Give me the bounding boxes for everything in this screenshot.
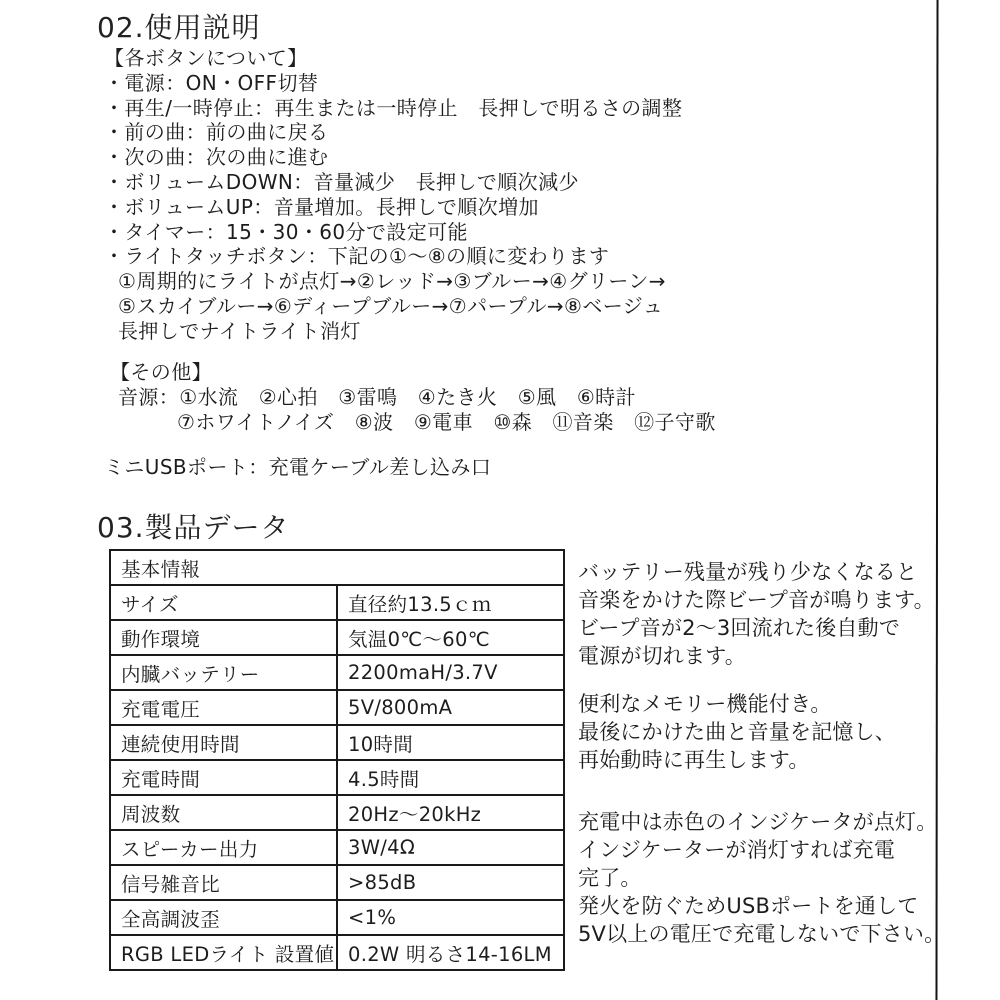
other-group-title: 【その他】	[104, 360, 716, 385]
spec-table: 基本情報 サイズ 直径約13.5ｃｍ 動作環境 気温0℃～60℃ 内臓バッテリー…	[109, 549, 565, 971]
note-memory-function: 便利なメモリー機能付き。 最後にかけた曲と音量を記憶し、 再始動時に再生します。	[578, 690, 953, 774]
spec-row-battery: 内臓バッテリー 2200maH/3.7V	[110, 655, 564, 690]
spec-label: 動作環境	[110, 620, 337, 655]
spec-label: 内臓バッテリー	[110, 655, 337, 690]
spec-value: 20Hz～20kHz	[337, 795, 564, 830]
spec-value: 5V/800mA	[337, 690, 564, 725]
sound-sources-line-1: 音源：①水流 ②心拍 ③雷鳴 ④たき火 ⑤風 ⑥時計	[104, 385, 716, 410]
spec-row-rgb-led: RGB LEDライト 設置値 0.2W 明るさ14-16LM	[110, 935, 564, 970]
button-desc-light-touch: ・ライトタッチボタン：下記の①～⑧の順に変わります	[104, 244, 682, 269]
button-desc-volume-up: ・ボリュームUP：音量増加。長押しで順次増加	[104, 195, 682, 220]
spec-value: 10時間	[337, 725, 564, 760]
sound-sources-line-2: ⑦ホワイトノイズ ⑧波 ⑨電車 ⑩森 ⑪音楽 ⑫子守歌	[104, 410, 716, 435]
button-desc-timer: ・タイマー：15・30・60分で設定可能	[104, 220, 682, 245]
buttons-description-block: 【各ボタンについて】 ・電源：ON・OFF切替 ・再生/一時停止：再生または一時…	[104, 46, 682, 344]
spec-value: <1%	[337, 900, 564, 935]
manual-page: 02.使用説明 【各ボタンについて】 ・電源：ON・OFF切替 ・再生/一時停止…	[0, 0, 1000, 1000]
spec-row-frequency: 周波数 20Hz～20kHz	[110, 795, 564, 830]
table-header-row: 基本情報	[110, 550, 564, 585]
button-desc-prev-track: ・前の曲：前の曲に戻る	[104, 120, 682, 145]
notes-column: バッテリー残量が残り少なくなると 音楽をかけた際ビープ音が鳴ります。 ビープ音が…	[578, 558, 953, 948]
usb-port-block: ミニUSBポート：充電ケーブル差し込み口	[104, 455, 491, 480]
section-usage-heading: 02.使用説明	[97, 6, 261, 46]
note-battery-warning: バッテリー残量が残り少なくなると 音楽をかけた際ビープ音が鳴ります。 ビープ音が…	[578, 558, 953, 670]
spec-label: 充電時間	[110, 760, 337, 795]
spec-row-snr: 信号雑音比 >85dB	[110, 865, 564, 900]
note-charging-indicator: 充電中は赤色のインジケータが点灯。 インジケーターが消灯すれば充電 完了。 発火…	[578, 808, 953, 948]
table-header-cell: 基本情報	[110, 550, 564, 585]
light-sequence-line-3: 長押しでナイトライト消灯	[104, 319, 682, 344]
buttons-group-title: 【各ボタンについて】	[104, 46, 682, 71]
spec-row-continuous-use: 連続使用時間 10時間	[110, 725, 564, 760]
spec-label: スピーカー出力	[110, 830, 337, 865]
button-desc-volume-down: ・ボリュームDOWN：音量減少 長押しで順次減少	[104, 170, 682, 195]
other-info-block: 【その他】 音源：①水流 ②心拍 ③雷鳴 ④たき火 ⑤風 ⑥時計 ⑦ホワイトノイ…	[104, 360, 716, 434]
spec-row-operating-env: 動作環境 気温0℃～60℃	[110, 620, 564, 655]
button-desc-play-pause: ・再生/一時停止：再生または一時停止 長押しで明るさの調整	[104, 96, 682, 121]
spec-value: 直径約13.5ｃｍ	[337, 585, 564, 620]
spec-value: 4.5時間	[337, 760, 564, 795]
spec-value: 3W/4Ω	[337, 830, 564, 865]
spec-label: サイズ	[110, 585, 337, 620]
spec-label: 充電電圧	[110, 690, 337, 725]
spec-value: >85dB	[337, 865, 564, 900]
spec-row-speaker-output: スピーカー出力 3W/4Ω	[110, 830, 564, 865]
spec-row-size: サイズ 直径約13.5ｃｍ	[110, 585, 564, 620]
spec-row-charge-voltage: 充電電圧 5V/800mA	[110, 690, 564, 725]
button-desc-next-track: ・次の曲：次の曲に進む	[104, 145, 682, 170]
spec-label: 周波数	[110, 795, 337, 830]
section-product-data-heading: 03.製品データ	[97, 506, 290, 546]
spec-value: 気温0℃～60℃	[337, 620, 564, 655]
button-desc-power: ・電源：ON・OFF切替	[104, 71, 682, 96]
usb-port-line: ミニUSBポート：充電ケーブル差し込み口	[104, 455, 491, 480]
spec-row-charge-time: 充電時間 4.5時間	[110, 760, 564, 795]
spec-label: RGB LEDライト 設置値	[110, 935, 337, 970]
spec-value: 2200maH/3.7V	[337, 655, 564, 690]
light-sequence-line-2: ⑤スカイブルー→⑥ディープブルー→⑦パープル→⑧ベージュ	[104, 294, 682, 319]
spec-value: 0.2W 明るさ14-16LM	[337, 935, 564, 970]
spec-label: 信号雑音比	[110, 865, 337, 900]
spec-row-thd: 全高調波歪 <1%	[110, 900, 564, 935]
light-sequence-line-1: ①周期的にライトが点灯→②レッド→③ブルー→④グリーン→	[104, 269, 682, 294]
spec-label: 全高調波歪	[110, 900, 337, 935]
spec-label: 連続使用時間	[110, 725, 337, 760]
